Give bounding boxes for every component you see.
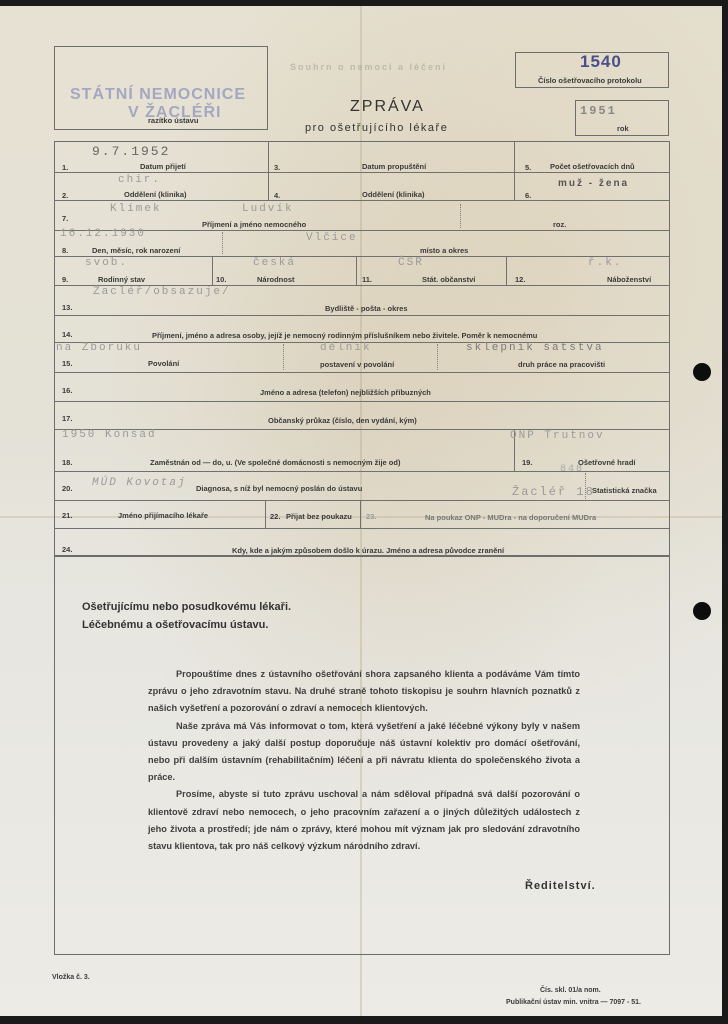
- marital-status-value: svob.: [85, 257, 128, 269]
- institution-stamp: STÁTNÍ NEMOCNICE: [70, 86, 246, 104]
- maiden-name-label: roz.: [553, 220, 566, 229]
- department-value: chir.: [118, 174, 161, 186]
- footer-publisher: Publikační ústav min. vnitra — 7097 - 51…: [506, 999, 641, 1006]
- discharge-department-label: Oddělení (klinika): [362, 190, 425, 199]
- admitted-without-referral-label: Přijat bez poukazu: [286, 512, 352, 521]
- document-page: STÁTNÍ NEMOCNICE V ŽACLÉŘI razítko ústav…: [0, 6, 722, 1016]
- occupation-status-label: postavení v povolání: [320, 360, 394, 369]
- religion-value: ř.k.: [588, 257, 622, 269]
- religion-label: Náboženství: [607, 275, 651, 284]
- payer-value: ONP Trutnov: [510, 430, 605, 442]
- punch-hole-icon: [693, 602, 711, 620]
- letter-paragraph-1: Propouštíme dnes z ústavního ošetřování …: [148, 666, 580, 718]
- admission-date-label: Datum přijetí: [140, 162, 186, 171]
- work-type-label: druh práce na pracovišti: [518, 360, 605, 369]
- nationality-value: česká: [253, 257, 296, 269]
- protocol-number: 1540: [580, 52, 622, 72]
- year-value: 1951: [580, 104, 617, 118]
- marital-status-label: Rodinný stav: [98, 275, 145, 284]
- greeting-line2: Léčebnému a ošetřovacímu ústavu.: [82, 616, 268, 634]
- year-label: rok: [617, 124, 629, 133]
- work-type-value: sklepník šatstva: [466, 342, 604, 354]
- treatment-days-label: Počet ošetřovacích dnů: [550, 162, 635, 171]
- patient-surname-value: Klímek: [110, 203, 162, 215]
- protocol-number-label: Číslo ošetřovacího protokolu: [538, 76, 642, 85]
- employment-value: 1950 Konsad: [62, 429, 157, 441]
- document-subtitle: pro ošetřujícího lékaře: [305, 122, 448, 134]
- letter-paragraph-2: Naše zpráva má Vás informovat o tom, kte…: [148, 718, 580, 787]
- admitting-doctor-label: Jméno přijímacího lékaře: [118, 511, 208, 520]
- faint-top-text: Souhrn o nemoci a léčení: [290, 62, 447, 72]
- residence-label: Bydliště - pošta - okres: [325, 304, 408, 313]
- citizenship-value: ČSR: [398, 257, 424, 269]
- footer-catalog-number: Čís. skl. 01/a nom.: [540, 987, 601, 994]
- relatives-label: Jméno a adresa (telefon) nejbližších pří…: [260, 388, 431, 397]
- id-card-label: Občanský průkaz (číslo, den vydání, kým): [268, 416, 417, 425]
- family-member-label: Příjmení, jméno a adresa osoby, jejíž je…: [152, 331, 537, 340]
- punch-hole-icon: [693, 363, 711, 381]
- letter-paragraph-3: Prosíme, abyste si tuto zprávu uschoval …: [148, 786, 580, 855]
- birth-place-value: Vlčice: [306, 232, 358, 244]
- discharge-date-label: Datum propuštění: [362, 162, 426, 171]
- footer-insert-number: Vložka č. 3.: [52, 974, 90, 981]
- admission-date-value: 9.7.1952: [92, 144, 170, 159]
- referral-label: Na poukaz ONP - MUDra - na doporučení MU…: [425, 513, 596, 522]
- citizenship-label: Stát. občanství: [422, 275, 475, 284]
- document-title: ZPRÁVA: [350, 98, 425, 116]
- letter-body: Propouštíme dnes z ústavního ošetřování …: [148, 666, 580, 855]
- statistical-code-value: Žacléř 18: [512, 485, 595, 499]
- occupation-status-value: dělník: [320, 342, 372, 354]
- greeting-line1: Ošetřujícímu nebo posudkovému lékaři.: [82, 598, 291, 616]
- statistical-code-label: Statistická značka: [592, 486, 657, 495]
- injury-label: Kdy, kde a jakým způsobem došlo k úrazu.…: [232, 546, 504, 555]
- birth-place-label: místo a okres: [420, 246, 468, 255]
- stamp-label: razítko ústavu: [148, 116, 198, 125]
- diagnosis-label: Diagnosa, s níž byl nemocný poslán do ús…: [196, 484, 362, 493]
- residence-value: Žacléř/obsazuje/: [93, 286, 231, 298]
- payer-label: Ošetřovné hradí: [578, 458, 636, 467]
- employment-label: Zaměstnán od — do, u. (Ve společné domác…: [150, 458, 400, 467]
- birth-date-label: Den, měsíc, rok narození: [92, 246, 180, 255]
- nationality-label: Národnost: [257, 275, 295, 284]
- birth-date-value: 16.12.1930: [60, 228, 146, 240]
- patient-name-value: Ludvík: [242, 203, 294, 215]
- diagnosis-value: MÚD Kovotaj: [92, 477, 187, 489]
- occupation-label: Povolání: [148, 359, 179, 368]
- sex-options: muž - žena: [558, 178, 629, 189]
- occupation-value: na Zboruku: [56, 342, 142, 354]
- signature: Ředitelství.: [525, 880, 596, 892]
- department-label: Oddělení (klinika): [124, 190, 187, 199]
- patient-name-label: Příjmení a jméno nemocného: [202, 220, 306, 229]
